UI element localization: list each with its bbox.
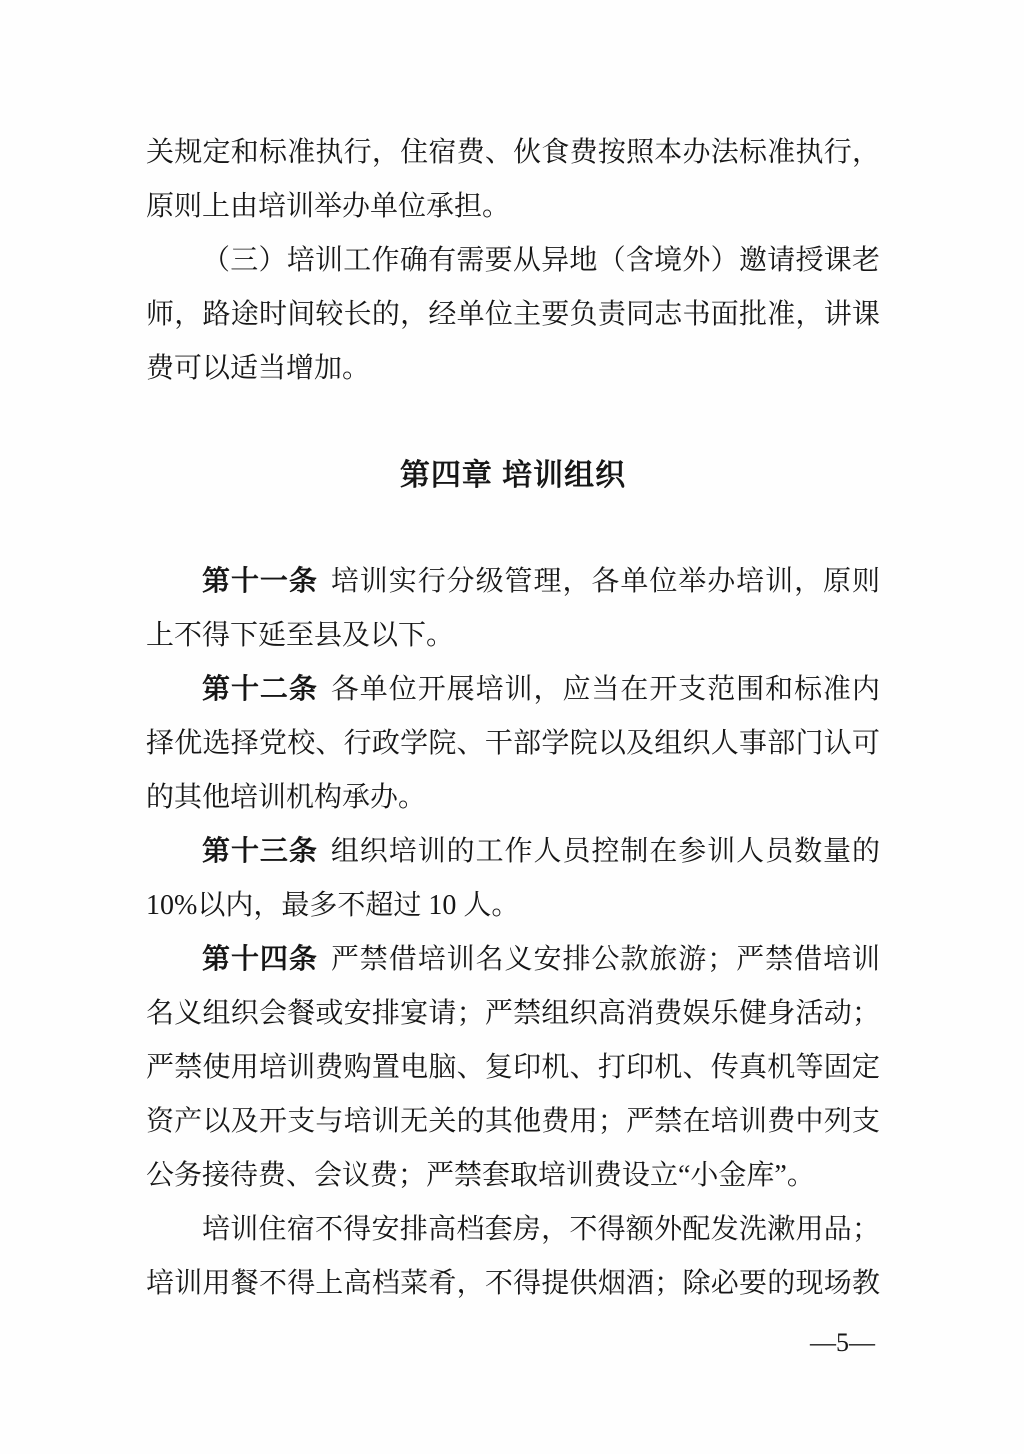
document-line: 第十二条各单位开展培训，应当在开支范围和标准内 (146, 663, 880, 717)
document-line: 上不得下延至县及以下。 (146, 609, 880, 663)
article-number: 第十一条 (202, 566, 318, 597)
document-line: 师，路途时间较长的，经单位主要负责同志书面批准，讲课 (146, 288, 880, 342)
article-number: 第十二条 (202, 674, 318, 705)
line-text: 组织培训的工作人员控制在参训人员数量的 (331, 836, 880, 867)
line-text: 培训住宿不得安排高档套房，不得额外配发洗漱用品； (202, 1214, 880, 1245)
document-line: 名义组织会餐或安排宴请；严禁组织高消费娱乐健身活动； (146, 987, 880, 1041)
chapter-heading: 第四章 培训组织 (146, 449, 880, 503)
line-text: 择优选择党校、行政学院、干部学院以及组织人事部门认可 (146, 728, 880, 759)
document-line: 资产以及开支与培训无关的其他费用；严禁在培训费中列支 (146, 1095, 880, 1149)
article-number: 第十三条 (202, 836, 318, 867)
document-line: 公务接待费、会议费；严禁套取培训费设立“小金库”。 (146, 1149, 880, 1203)
article-number: 第十四条 (202, 944, 318, 975)
line-text: 关规定和标准执行，住宿费、伙食费按照本办法标准执行， (146, 137, 880, 168)
line-text: 师，路途时间较长的，经单位主要负责同志书面批准，讲课 (146, 299, 880, 330)
line-text: 原则上由培训举办单位承担。 (146, 191, 510, 222)
document-line: 原则上由培训举办单位承担。 (146, 180, 880, 234)
page-number-footer: —5— (810, 1328, 875, 1358)
document-line: 关规定和标准执行，住宿费、伙食费按照本办法标准执行， (146, 126, 880, 180)
document-line: 第十四条严禁借培训名义安排公款旅游；严禁借培训 (146, 933, 880, 987)
document-line: 培训用餐不得上高档菜肴，不得提供烟酒；除必要的现场教 (146, 1257, 880, 1311)
line-text: （三）培训工作确有需要从异地（含境外）邀请授课老 (202, 245, 880, 276)
document-line: 第十一条培训实行分级管理，各单位举办培训，原则 (146, 555, 880, 609)
line-text: 费可以适当增加。 (146, 353, 370, 384)
document-line: 的其他培训机构承办。 (146, 771, 880, 825)
document-line: 培训住宿不得安排高档套房，不得额外配发洗漱用品； (146, 1203, 880, 1257)
line-text: 严禁借培训名义安排公款旅游；严禁借培训 (331, 944, 880, 975)
line-text: 资产以及开支与培训无关的其他费用；严禁在培训费中列支 (146, 1106, 880, 1137)
line-text: 名义组织会餐或安排宴请；严禁组织高消费娱乐健身活动； (146, 998, 880, 1029)
document-body: 关规定和标准执行，住宿费、伙食费按照本办法标准执行， 原则上由培训举办单位承担。… (146, 126, 880, 1311)
document-line: 10%以内，最多不超过 10 人。 (146, 879, 880, 933)
line-text: 的其他培训机构承办。 (146, 782, 426, 813)
line-text: 上不得下延至县及以下。 (146, 620, 454, 651)
document-line: （三）培训工作确有需要从异地（含境外）邀请授课老 (146, 234, 880, 288)
line-text: 各单位开展培训，应当在开支范围和标准内 (331, 674, 880, 705)
document-line: 费可以适当增加。 (146, 342, 880, 396)
document-line: 严禁使用培训费购置电脑、复印机、打印机、传真机等固定 (146, 1041, 880, 1095)
document-line: 择优选择党校、行政学院、干部学院以及组织人事部门认可 (146, 717, 880, 771)
line-text: 10%以内，最多不超过 10 人。 (146, 890, 519, 921)
line-text: 公务接待费、会议费；严禁套取培训费设立“小金库”。 (146, 1160, 815, 1191)
line-text: 培训实行分级管理，各单位举办培训，原则 (331, 566, 880, 597)
line-text: 严禁使用培训费购置电脑、复印机、打印机、传真机等固定 (146, 1052, 880, 1083)
document-line: 第十三条组织培训的工作人员控制在参训人员数量的 (146, 825, 880, 879)
document-page: 关规定和标准执行，住宿费、伙食费按照本办法标准执行， 原则上由培训举办单位承担。… (0, 0, 1024, 1454)
line-text: 培训用餐不得上高档菜肴，不得提供烟酒；除必要的现场教 (146, 1268, 880, 1299)
